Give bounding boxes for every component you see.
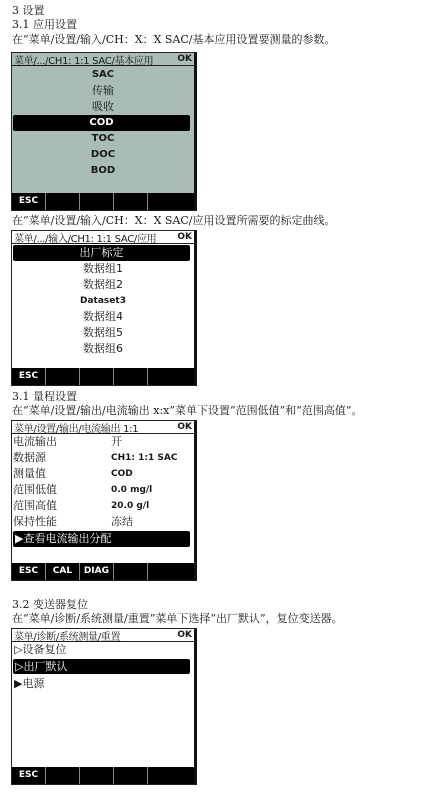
section-heading-settings: 3 设置 [12,4,45,17]
ok-label[interactable]: OK [177,422,192,432]
esc-softkey[interactable]: ESC [12,193,46,210]
softkey-3[interactable] [80,767,114,784]
ok-label[interactable]: OK [177,630,192,640]
esc-softkey[interactable]: ESC [12,563,46,580]
setting-row-data-source[interactable]: 数据源 CH1: 1:1 SAC [12,450,194,466]
setting-row-measured-value[interactable]: 测量值 COD [12,466,194,482]
paragraph-basic-app: 在“菜单/设置/输入/CH：X：X SAC/基本应用设置要测量的参数。 [12,33,336,46]
list-item-doc[interactable]: DOC [12,147,194,163]
list-item-dataset-6[interactable]: 数据组6 [12,341,194,357]
reset-menu: ▷设备复位 ▷出厂默认 ▶电源 [12,642,194,691]
softkey-bar: ESC [12,193,194,210]
screen-header: 菜单/.../CH1: 1:1 SAC/基本应用 OK [12,53,194,66]
softkey-5[interactable] [148,563,194,580]
esc-softkey[interactable]: ESC [12,368,46,385]
paragraph-reset: 在“菜单/诊断/系统测量/重置”菜单下选择“出厂默认”，复位变送器。 [12,612,343,625]
setting-value: 0.0 mg/l [111,482,152,498]
menu-path: 菜单/.../输入/CH1: 1:1 SAC/应用 [14,230,156,245]
setting-value: CH1: 1:1 SAC [111,450,177,466]
paragraph-calibration: 在“菜单/设置/输入/CH：X：X SAC/应用设置所需要的标定曲线。 [12,214,336,227]
softkey-bar: ESC CAL DIAG [12,563,194,580]
softkey-5[interactable] [148,193,194,210]
list-item-dataset-4[interactable]: 数据组4 [12,309,194,325]
section-heading-app-settings: 3.1 应用设置 [12,18,77,31]
list-item-absorption[interactable]: 吸收 [12,99,194,115]
softkey-2[interactable] [46,767,80,784]
softkey-5[interactable] [148,767,194,784]
device-screen-basic-app: 菜单/.../CH1: 1:1 SAC/基本应用 OK SAC 传输 吸收 CO… [11,52,197,211]
menu-path: 菜单/诊断/系统测量/重置 [14,628,120,643]
softkey-3[interactable] [80,368,114,385]
section-heading-range: 3.1 量程设置 [12,390,77,403]
screen-header: 菜单/诊断/系统测量/重置 OK [12,629,194,642]
setting-value: 冻结 [111,514,133,530]
setting-row-range-low[interactable]: 范围低值 0.0 mg/l [12,482,194,498]
list-item-sac[interactable]: SAC [12,67,194,83]
softkey-4[interactable] [114,193,148,210]
list-item-dataset-5[interactable]: 数据组5 [12,325,194,341]
setting-row-hold-behavior[interactable]: 保持性能 冻结 [12,514,194,530]
setting-label: 电流输出 [13,434,111,450]
menu-item-factory-default-selected[interactable]: ▷出厂默认 [13,659,190,674]
esc-softkey[interactable]: ESC [12,767,46,784]
ok-label[interactable]: OK [177,54,192,64]
list-item-transmission[interactable]: 传输 [12,83,194,99]
menu-path: 菜单/设置/输出/电流输出 1:1 [14,420,138,435]
softkey-3[interactable] [80,193,114,210]
setting-label: 范围低值 [13,482,111,498]
dataset-list: 出厂标定 数据组1 数据组2 Dataset3 数据组4 数据组5 数据组6 [12,244,194,357]
diag-softkey[interactable]: DIAG [80,563,114,580]
softkey-4[interactable] [114,767,148,784]
paragraph-range: 在“菜单/设置/输出/电流输出 x:x”菜单下设置“范围低值”和“范围高值”。 [12,404,362,417]
list-item-dataset-3[interactable]: Dataset3 [12,293,194,309]
settings-table: 电流输出 开 数据源 CH1: 1:1 SAC 测量值 COD 范围低值 0.0… [12,434,194,547]
softkey-2[interactable] [46,368,80,385]
screen-header: 菜单/设置/输出/电流输出 1:1 OK [12,421,194,434]
softkey-bar: ESC [12,368,194,385]
setting-label: 测量值 [13,466,111,482]
setting-label: 数据源 [13,450,111,466]
list-item-dataset-2[interactable]: 数据组2 [12,277,194,293]
menu-item-power[interactable]: ▶电源 [12,676,194,691]
setting-value: COD [111,466,133,482]
softkey-2[interactable] [46,193,80,210]
setting-value: 开 [111,434,122,450]
list-item-toc[interactable]: TOC [12,131,194,147]
screen-header: 菜单/.../输入/CH1: 1:1 SAC/应用 OK [12,231,194,244]
list-item-bod[interactable]: BOD [12,163,194,179]
list-item-factory-calibration-selected[interactable]: 出厂标定 [13,245,190,261]
cal-softkey[interactable]: CAL [46,563,80,580]
parameter-list: SAC 传输 吸收 COD TOC DOC BOD [12,66,194,179]
view-output-assignment-item[interactable]: ▶查看电流输出分配 [13,531,190,547]
device-screen-application: 菜单/.../输入/CH1: 1:1 SAC/应用 OK 出厂标定 数据组1 数… [11,230,197,386]
list-item-cod-selected[interactable]: COD [13,115,190,131]
menu-path: 菜单/.../CH1: 1:1 SAC/基本应用 [14,52,153,67]
softkey-bar: ESC [12,767,194,784]
ok-label[interactable]: OK [177,232,192,242]
setting-label: 范围高值 [13,498,111,514]
setting-row-current-output[interactable]: 电流输出 开 [12,434,194,450]
setting-label: 保持性能 [13,514,111,530]
device-screen-reset: 菜单/诊断/系统测量/重置 OK ▷设备复位 ▷出厂默认 ▶电源 ESC [11,628,197,785]
setting-value: 20.0 g/l [111,498,149,514]
softkey-4[interactable] [114,563,148,580]
menu-item-device-reset[interactable]: ▷设备复位 [12,642,194,657]
setting-row-range-high[interactable]: 范围高值 20.0 g/l [12,498,194,514]
softkey-4[interactable] [114,368,148,385]
softkey-5[interactable] [148,368,194,385]
section-heading-reset: 3.2 变送器复位 [12,598,88,611]
list-item-dataset-1[interactable]: 数据组1 [12,261,194,277]
device-screen-current-output: 菜单/设置/输出/电流输出 1:1 OK 电流输出 开 数据源 CH1: 1:1… [11,420,197,581]
